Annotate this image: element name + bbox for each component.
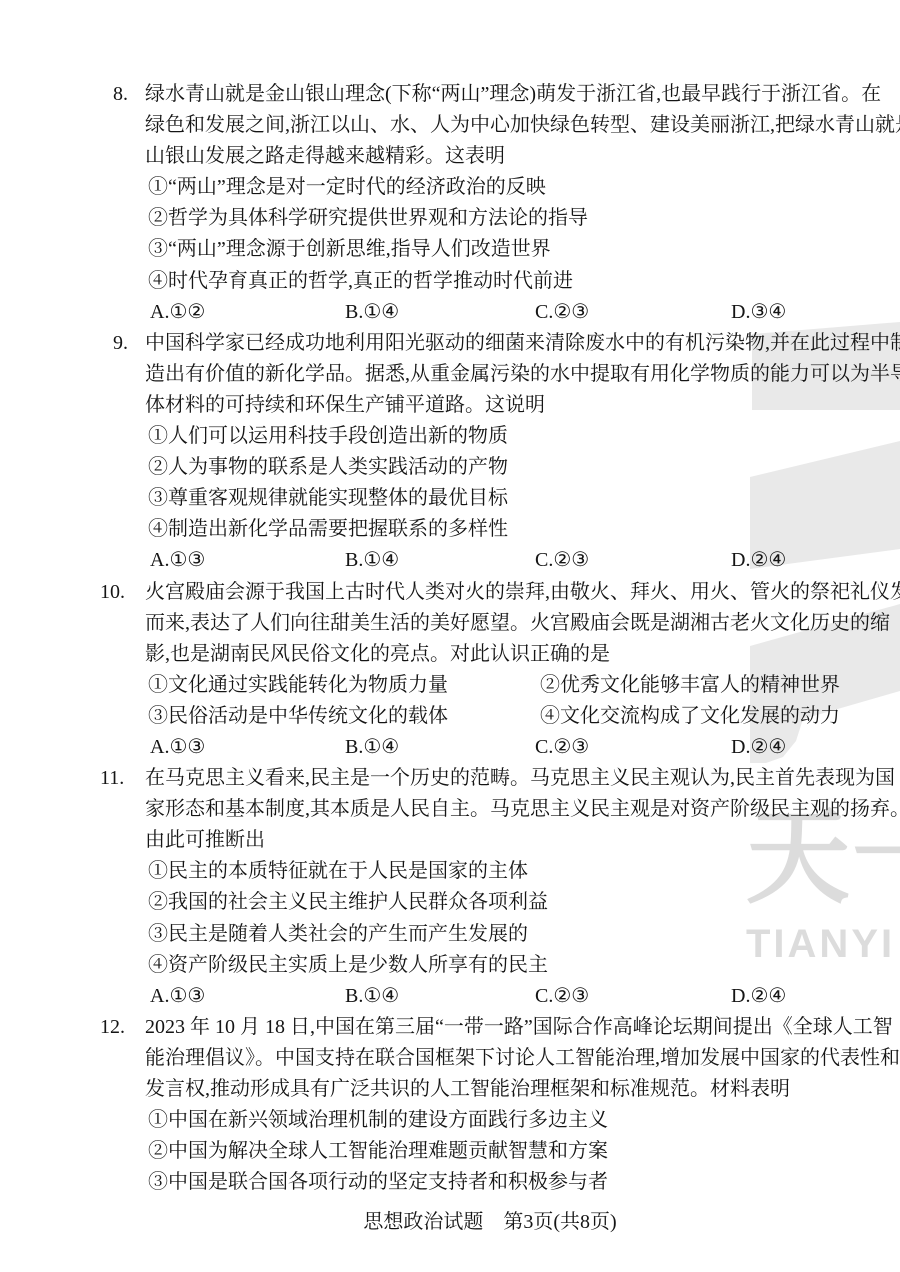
text-line: 体材料的可持续和环保生产铺平道路。这说明 bbox=[0, 390, 900, 421]
question-number: 9. bbox=[113, 328, 128, 359]
answer-choice: A.①② bbox=[150, 297, 205, 328]
text-line: ①中国在新兴领域治理机制的建设方面践行多边主义 bbox=[0, 1105, 900, 1136]
question-number: 12. bbox=[100, 1012, 125, 1043]
answer-choice: D.②④ bbox=[731, 732, 786, 763]
text-line: 绿色和发展之间,浙江以山、水、人为中心加快绿色转型、建设美丽浙江,把绿水青山就是… bbox=[0, 110, 900, 141]
question-number: 11. bbox=[100, 763, 124, 794]
answer-choice: A.①③ bbox=[150, 732, 205, 763]
question-stem-line: 2023 年 10 月 18 日,中国在第三届“一带一路”国际合作高峰论坛期间提… bbox=[145, 1012, 893, 1043]
text-line: ②人为事物的联系是人类实践活动的产物 bbox=[0, 452, 900, 483]
answer-choice: A.①③ bbox=[150, 981, 205, 1012]
text-line: ③“两山”理念源于创新思维,指导人们改造世界 bbox=[0, 234, 900, 265]
text-line: A.①②B.①④C.②③D.③④ bbox=[0, 297, 900, 328]
text-line: 造出有价值的新化学品。据悉,从重金属污染的水中提取有用化学物质的能力可以为半导 bbox=[0, 359, 900, 390]
text-line: 11.在马克思主义看来,民主是一个历史的范畴。马克思主义民主观认为,民主首先表现… bbox=[0, 763, 900, 794]
text-line: ①民主的本质特征就在于人民是国家的主体 bbox=[0, 856, 900, 887]
text-line: ②哲学为具体科学研究提供世界观和方法论的指导 bbox=[0, 203, 900, 234]
answer-choice: D.②④ bbox=[731, 545, 786, 576]
question-stem-line: 山银山发展之路走得越来越精彩。这表明 bbox=[145, 141, 505, 172]
text-line: ③尊重客观规律就能实现整体的最优目标 bbox=[0, 483, 900, 514]
answer-choice: C.②③ bbox=[535, 297, 589, 328]
exam-page: 天一 TIANYI 8.绿水青山就是金山银山理念(下称“两山”理念)萌发于浙江省… bbox=[0, 0, 900, 1272]
option-item: ②我国的社会主义民主维护人民群众各项利益 bbox=[148, 887, 548, 918]
answer-choice: B.①④ bbox=[345, 545, 399, 576]
text-line: 9.中国科学家已经成功地利用阳光驱动的细菌来清除废水中的有机污染物,并在此过程中… bbox=[0, 328, 900, 359]
text-line: ①“两山”理念是对一定时代的经济政治的反映 bbox=[0, 172, 900, 203]
text-line: ②我国的社会主义民主维护人民群众各项利益 bbox=[0, 887, 900, 918]
text-line: ④制造出新化学品需要把握联系的多样性 bbox=[0, 514, 900, 545]
question-stem-line: 造出有价值的新化学品。据悉,从重金属污染的水中提取有用化学物质的能力可以为半导 bbox=[145, 359, 900, 390]
answer-choice: B.①④ bbox=[345, 981, 399, 1012]
text-line: 8.绿水青山就是金山银山理念(下称“两山”理念)萌发于浙江省,也最早践行于浙江省… bbox=[0, 79, 900, 110]
question-stem-line: 而来,表达了人们向往甜美生活的美好愿望。火宫殿庙会既是湖湘古老火文化历史的缩 bbox=[145, 608, 890, 639]
question-number: 10. bbox=[100, 577, 125, 608]
text-line: 能治理倡议》。中国支持在联合国框架下讨论人工智能治理,增加发展中国家的代表性和 bbox=[0, 1043, 900, 1074]
text-line: 而来,表达了人们向往甜美生活的美好愿望。火宫殿庙会既是湖湘古老火文化历史的缩 bbox=[0, 608, 900, 639]
answer-choice: C.②③ bbox=[535, 545, 589, 576]
option-item: ③民主是随着人类社会的产生而产生发展的 bbox=[148, 919, 528, 950]
text-line: A.①③B.①④C.②③D.②④ bbox=[0, 732, 900, 763]
option-item: ①民主的本质特征就在于人民是国家的主体 bbox=[148, 856, 528, 887]
option-item: ③民俗活动是中华传统文化的载体 bbox=[148, 701, 448, 732]
text-line: 山银山发展之路走得越来越精彩。这表明 bbox=[0, 141, 900, 172]
option-item: ①人们可以运用科技手段创造出新的物质 bbox=[148, 421, 508, 452]
question-stem-line: 由此可推断出 bbox=[145, 825, 265, 856]
question-stem-line: 绿色和发展之间,浙江以山、水、人为中心加快绿色转型、建设美丽浙江,把绿水青山就是… bbox=[145, 110, 900, 141]
answer-choice: B.①④ bbox=[345, 732, 399, 763]
text-line: ③中国是联合国各项行动的坚定支持者和积极参与者 bbox=[0, 1167, 900, 1198]
option-item: ③“两山”理念源于创新思维,指导人们改造世界 bbox=[148, 234, 551, 265]
text-line: A.①③B.①④C.②③D.②④ bbox=[0, 545, 900, 576]
question-stem-line: 火宫殿庙会源于我国上古时代人类对火的崇拜,由敬火、拜火、用火、管火的祭祀礼仪发展 bbox=[145, 577, 900, 608]
option-item: ④文化交流构成了文化发展的动力 bbox=[540, 701, 840, 732]
text-line: ④资产阶级民主实质上是少数人所享有的民主 bbox=[0, 950, 900, 981]
text-line: ③民主是随着人类社会的产生而产生发展的 bbox=[0, 919, 900, 950]
text-line: ④时代孕育真正的哲学,真正的哲学推动时代前进 bbox=[0, 266, 900, 297]
question-stem-line: 影,也是湖南民风民俗文化的亮点。对此认识正确的是 bbox=[145, 639, 610, 670]
option-item: ①文化通过实践能转化为物质力量 bbox=[148, 670, 448, 701]
option-item: ②哲学为具体科学研究提供世界观和方法论的指导 bbox=[148, 203, 588, 234]
question-stem-line: 能治理倡议》。中国支持在联合国框架下讨论人工智能治理,增加发展中国家的代表性和 bbox=[145, 1043, 900, 1074]
option-item: ④制造出新化学品需要把握联系的多样性 bbox=[148, 514, 508, 545]
option-item: ③中国是联合国各项行动的坚定支持者和积极参与者 bbox=[148, 1167, 608, 1198]
answer-choice: D.③④ bbox=[731, 297, 786, 328]
text-line: ①人们可以运用科技手段创造出新的物质 bbox=[0, 421, 900, 452]
text-line: 家形态和基本制度,其本质是人民自主。马克思主义民主观是对资产阶级民主观的扬弃。 bbox=[0, 794, 900, 825]
text-line: 由此可推断出 bbox=[0, 825, 900, 856]
text-line: 发言权,推动形成具有广泛共识的人工智能治理框架和标准规范。材料表明 bbox=[0, 1074, 900, 1105]
question-stem-line: 在马克思主义看来,民主是一个历史的范畴。马克思主义民主观认为,民主首先表现为国 bbox=[145, 763, 895, 794]
question-stem-line: 绿水青山就是金山银山理念(下称“两山”理念)萌发于浙江省,也最早践行于浙江省。在 bbox=[145, 79, 881, 110]
answer-choice: C.②③ bbox=[535, 732, 589, 763]
option-item: ④资产阶级民主实质上是少数人所享有的民主 bbox=[148, 950, 548, 981]
text-line: ②中国为解决全球人工智能治理难题贡献智慧和方案 bbox=[0, 1136, 900, 1167]
text-line: 12.2023 年 10 月 18 日,中国在第三届“一带一路”国际合作高峰论坛… bbox=[0, 1012, 900, 1043]
text-line: 10.火宫殿庙会源于我国上古时代人类对火的崇拜,由敬火、拜火、用火、管火的祭祀礼… bbox=[0, 577, 900, 608]
text-line: 影,也是湖南民风民俗文化的亮点。对此认识正确的是 bbox=[0, 639, 900, 670]
page-footer: 思想政治试题 第3页(共8页) bbox=[110, 1207, 870, 1238]
question-stem-line: 中国科学家已经成功地利用阳光驱动的细菌来清除废水中的有机污染物,并在此过程中制 bbox=[145, 328, 900, 359]
answer-choice: A.①③ bbox=[150, 545, 205, 576]
option-item: ①中国在新兴领域治理机制的建设方面践行多边主义 bbox=[148, 1105, 608, 1136]
text-line: ①文化通过实践能转化为物质力量②优秀文化能够丰富人的精神世界 bbox=[0, 670, 900, 701]
answer-choice: B.①④ bbox=[345, 297, 399, 328]
option-item: ②中国为解决全球人工智能治理难题贡献智慧和方案 bbox=[148, 1136, 608, 1167]
text-line: ③民俗活动是中华传统文化的载体④文化交流构成了文化发展的动力 bbox=[0, 701, 900, 732]
question-stem-line: 发言权,推动形成具有广泛共识的人工智能治理框架和标准规范。材料表明 bbox=[145, 1074, 790, 1105]
option-item: ③尊重客观规律就能实现整体的最优目标 bbox=[148, 483, 508, 514]
option-item: ②优秀文化能够丰富人的精神世界 bbox=[540, 670, 840, 701]
question-number: 8. bbox=[113, 79, 128, 110]
exam-content: 8.绿水青山就是金山银山理念(下称“两山”理念)萌发于浙江省,也最早践行于浙江省… bbox=[0, 0, 900, 1198]
option-item: ②人为事物的联系是人类实践活动的产物 bbox=[148, 452, 508, 483]
question-stem-line: 体材料的可持续和环保生产铺平道路。这说明 bbox=[145, 390, 545, 421]
option-item: ④时代孕育真正的哲学,真正的哲学推动时代前进 bbox=[148, 266, 573, 297]
question-stem-line: 家形态和基本制度,其本质是人民自主。马克思主义民主观是对资产阶级民主观的扬弃。 bbox=[145, 794, 900, 825]
answer-choice: C.②③ bbox=[535, 981, 589, 1012]
text-line: A.①③B.①④C.②③D.②④ bbox=[0, 981, 900, 1012]
answer-choice: D.②④ bbox=[731, 981, 786, 1012]
option-item: ①“两山”理念是对一定时代的经济政治的反映 bbox=[148, 172, 546, 203]
